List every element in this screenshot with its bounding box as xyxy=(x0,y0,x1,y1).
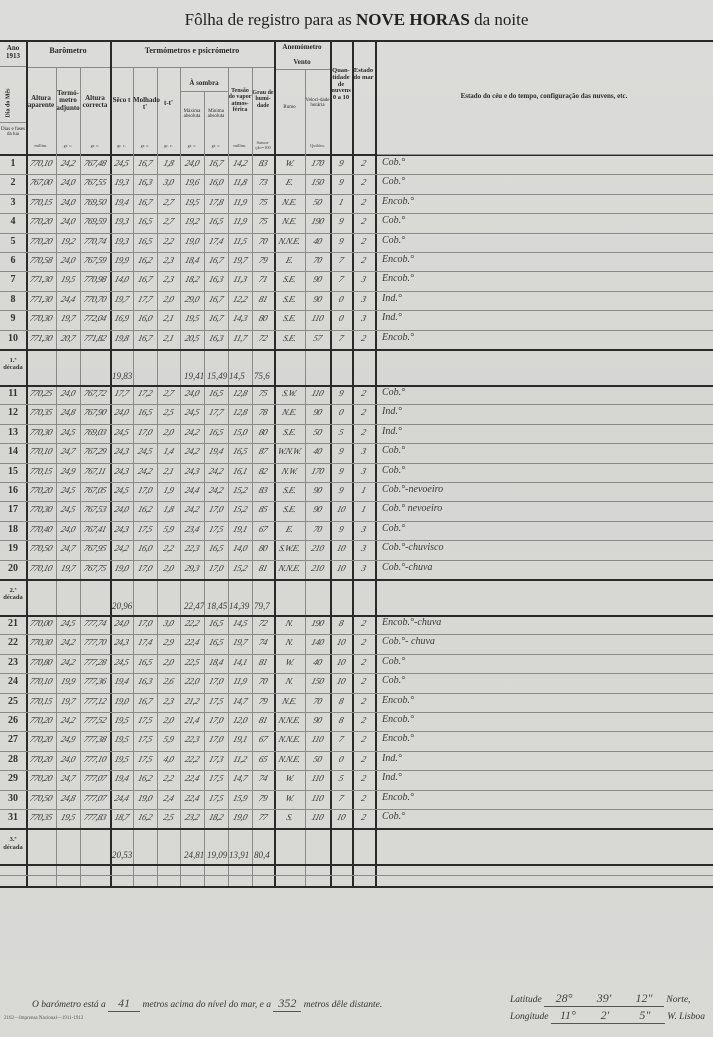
cell-aparente: 770,50 xyxy=(25,543,58,553)
sky-state-remark: Cob.° xyxy=(382,235,405,246)
cell-umidade: 80 xyxy=(251,427,276,437)
cell-max: 29,3 xyxy=(179,563,206,573)
cell-diff: 1,4 xyxy=(156,446,182,456)
cell-aparente: 770,30 xyxy=(25,427,58,437)
cell-rumo: N.N.E. xyxy=(273,236,307,246)
cell-nuvens: 9 xyxy=(329,216,354,226)
cell-umidade: 72 xyxy=(251,618,276,628)
cell-max: 24,0 xyxy=(179,388,206,398)
cell-adjunto: 24,0 xyxy=(55,524,82,534)
cell-min: 17,0 xyxy=(203,676,230,686)
corrected-height-heading: Altura correcta xyxy=(80,95,110,110)
cell-max: 23,4 xyxy=(179,524,206,534)
cell-min: 16,5 xyxy=(203,637,230,647)
cell-mar: 3 xyxy=(351,524,377,534)
cell-vel: 70 xyxy=(304,255,332,265)
cell-mar: 2 xyxy=(351,812,377,822)
cell-rumo: S.E. xyxy=(273,313,307,323)
cell-rumo: E. xyxy=(273,524,307,534)
decade-seco: 19,83 xyxy=(112,371,132,381)
cell-mar: 3 xyxy=(351,294,377,304)
cell-tensao: 12,2 xyxy=(227,294,254,304)
cell-diff: 2,6 xyxy=(156,676,182,686)
cell-umidade: 73 xyxy=(251,177,276,187)
cell-umidade: 75 xyxy=(251,197,276,207)
cell-diff: 2,9 xyxy=(156,637,182,647)
cell-nuvens: 7 xyxy=(329,274,354,284)
cell-min: 16,7 xyxy=(203,158,230,168)
cell-umidade: 67 xyxy=(251,734,276,744)
cell-max: 21,2 xyxy=(179,696,206,706)
cell-aparente: 770,10 xyxy=(25,676,58,686)
day-number: 31 xyxy=(0,812,26,823)
cell-mar: 2 xyxy=(351,793,377,803)
cell-seco: 19,8 xyxy=(109,333,135,343)
apparent-height-heading: Altura aparente xyxy=(26,95,56,110)
cell-adjunto: 24,8 xyxy=(55,793,82,803)
cell-diff: 2,0 xyxy=(156,657,182,667)
day-number: 8 xyxy=(0,294,26,305)
cell-rumo: W. xyxy=(273,793,307,803)
barometer-distance-value: 352 xyxy=(273,996,301,1012)
cell-molhado: 17,7 xyxy=(132,294,159,304)
cell-diff: 5,9 xyxy=(156,524,182,534)
cell-correcta: 777,12 xyxy=(79,696,112,706)
sky-state-remark: Ind.° xyxy=(382,772,402,783)
cell-molhado: 17,4 xyxy=(132,637,159,647)
cell-adjunto: 19,7 xyxy=(55,563,82,573)
cell-max: 20,5 xyxy=(179,333,206,343)
cell-vel: 110 xyxy=(304,734,332,744)
cell-mar: 3 xyxy=(351,274,377,284)
wind-speed-heading: Veloci-dade horária xyxy=(305,98,330,109)
cell-correcta: 767,29 xyxy=(79,446,112,456)
decade-tensao: 14,39 xyxy=(229,601,249,611)
decade-max: 19,41 xyxy=(184,371,204,381)
cell-max: 22,4 xyxy=(179,793,206,803)
cell-molhado: 16,2 xyxy=(132,504,159,514)
rule-line xyxy=(0,615,713,617)
cell-mar: 3 xyxy=(351,543,377,553)
cell-tensao: 14,0 xyxy=(227,543,254,553)
cell-vel: 50 xyxy=(304,197,332,207)
cell-tensao: 14,5 xyxy=(227,618,254,628)
cell-mar: 2 xyxy=(351,407,377,417)
cell-aparente: 770,15 xyxy=(25,466,58,476)
cell-rumo: N.E. xyxy=(273,696,307,706)
cell-max: 23,2 xyxy=(179,812,206,822)
anemometer-heading: Anemómetro xyxy=(274,44,330,51)
cell-min: 16,7 xyxy=(203,294,230,304)
cell-max: 19,5 xyxy=(179,313,206,323)
dry-bulb-heading: Sêco t xyxy=(110,97,133,104)
cell-nuvens: 10 xyxy=(329,637,354,647)
cell-min: 24,2 xyxy=(203,485,230,495)
cell-rumo: N. xyxy=(273,618,307,628)
cell-umidade: 79 xyxy=(251,255,276,265)
cell-molhado: 16,3 xyxy=(132,177,159,187)
cell-diff: 2,2 xyxy=(156,236,182,246)
cell-umidade: 85 xyxy=(251,504,276,514)
cell-correcta: 767,59 xyxy=(79,255,112,265)
cell-adjunto: 24,5 xyxy=(55,618,82,628)
cell-nuvens: 10 xyxy=(329,504,354,514)
rule-line xyxy=(0,385,713,387)
cell-tensao: 16,5 xyxy=(227,446,254,456)
cell-correcta: 767,05 xyxy=(79,485,112,495)
cell-mar: 2 xyxy=(351,637,377,647)
rule-line xyxy=(0,404,713,405)
cell-max: 22,5 xyxy=(179,657,206,667)
cell-seco: 24,0 xyxy=(109,618,135,628)
decade-label: 2.ª década xyxy=(0,587,26,601)
cell-min: 16,5 xyxy=(203,216,230,226)
rule-line xyxy=(274,69,330,70)
cell-min: 18,4 xyxy=(203,657,230,667)
day-number: 15 xyxy=(0,466,26,477)
cell-umidade: 78 xyxy=(251,407,276,417)
cell-tensao: 11,8 xyxy=(227,177,254,187)
day-number: 23 xyxy=(0,657,26,668)
cell-rumo: N. xyxy=(273,676,307,686)
cell-tensao: 12,8 xyxy=(227,388,254,398)
rule-line xyxy=(26,67,110,68)
cell-rumo: N.N.E. xyxy=(273,563,307,573)
cell-seco: 19,3 xyxy=(109,216,135,226)
moon-phase-label: Dias e fases da lua xyxy=(0,127,26,138)
cell-adjunto: 24,5 xyxy=(55,504,82,514)
cell-aparente: 770,20 xyxy=(25,754,58,764)
cell-adjunto: 24,8 xyxy=(55,407,82,417)
cell-min: 16,5 xyxy=(203,388,230,398)
rule-line xyxy=(0,501,713,502)
sky-state-remark: Ind.° xyxy=(382,312,402,323)
rule-line xyxy=(0,291,713,292)
cell-diff: 2,0 xyxy=(156,715,182,725)
decade-min: 18,45 xyxy=(207,601,227,611)
sky-state-remark: Encob.° xyxy=(382,714,414,725)
cell-umidade: 81 xyxy=(251,657,276,667)
cell-nuvens: 9 xyxy=(329,388,354,398)
day-number: 1 xyxy=(0,158,26,169)
cell-max: 24,2 xyxy=(179,427,206,437)
cell-min: 17,0 xyxy=(203,715,230,725)
sky-state-remark: Cob.° xyxy=(382,811,405,822)
cell-correcta: 769,50 xyxy=(79,197,112,207)
decade-tensao: 13,91 xyxy=(229,850,249,860)
cell-aparente: 770,15 xyxy=(25,197,58,207)
cell-seco: 17,7 xyxy=(109,388,135,398)
cell-adjunto: 24,7 xyxy=(55,543,82,553)
cell-aparente: 770,50 xyxy=(25,793,58,803)
day-number: 28 xyxy=(0,754,26,765)
cell-diff: 2,3 xyxy=(156,274,182,284)
latitude-line: Latitude 28°39'12" Norte, xyxy=(510,991,690,1007)
cell-correcta: 767,72 xyxy=(79,388,112,398)
cell-mar: 2 xyxy=(351,676,377,686)
cell-seco: 19,4 xyxy=(109,676,135,686)
cell-seco: 24,5 xyxy=(109,485,135,495)
attached-thermometer-heading: Termó-metro adjunto xyxy=(56,90,80,112)
cell-vel: 40 xyxy=(304,657,332,667)
cell-rumo: N.E. xyxy=(273,216,307,226)
cell-correcta: 777,10 xyxy=(79,754,112,764)
cell-nuvens: 0 xyxy=(329,313,354,323)
cell-aparente: 770,10 xyxy=(25,563,58,573)
sky-state-remark: Cob.° xyxy=(382,523,405,534)
rule-line xyxy=(0,463,713,464)
day-number: 12 xyxy=(0,407,26,418)
cell-diff: 2,5 xyxy=(156,407,182,417)
cell-molhado: 16,7 xyxy=(132,197,159,207)
sky-state-remark: Cob.°-nevoeiro xyxy=(382,484,443,495)
cell-adjunto: 24,5 xyxy=(55,485,82,495)
cell-rumo: N.E. xyxy=(273,197,307,207)
rule-line xyxy=(0,252,713,253)
cell-correcta: 767,90 xyxy=(79,407,112,417)
decade-tensao: 14,5 xyxy=(229,371,245,381)
decade-seco: 20,96 xyxy=(112,601,132,611)
cell-aparente: 767,00 xyxy=(25,177,58,187)
cell-tensao: 12,8 xyxy=(227,407,254,417)
cell-aparente: 770,20 xyxy=(25,236,58,246)
cell-vel: 210 xyxy=(304,543,332,553)
cell-tensao: 14,3 xyxy=(227,313,254,323)
rule-line xyxy=(0,693,713,694)
cell-rumo: S.W.E. xyxy=(273,543,307,553)
cell-tensao: 16,1 xyxy=(227,466,254,476)
cell-adjunto: 20,7 xyxy=(55,333,82,343)
cell-molhado: 24,2 xyxy=(132,466,159,476)
decade-label: 3.ª década xyxy=(0,836,26,850)
cell-nuvens: 9 xyxy=(329,236,354,246)
cell-diff: 2,2 xyxy=(156,773,182,783)
decade-umidade: 75,6 xyxy=(254,371,270,381)
cell-adjunto: 19,9 xyxy=(55,676,82,686)
cell-adjunto: 19,2 xyxy=(55,236,82,246)
cell-min: 17,3 xyxy=(203,754,230,764)
rule-line xyxy=(0,579,713,581)
barometer-note: O barómetro está a 41 metros acima do ní… xyxy=(32,996,382,1012)
cell-diff: 1,8 xyxy=(156,504,182,514)
cell-seco: 19,7 xyxy=(109,294,135,304)
cell-mar: 2 xyxy=(351,255,377,265)
wind-heading: Vento xyxy=(274,59,330,66)
cell-aparente: 770,30 xyxy=(25,637,58,647)
cell-molhado: 17,5 xyxy=(132,754,159,764)
cell-nuvens: 1 xyxy=(329,197,354,207)
rule-line xyxy=(0,654,713,655)
cell-nuvens: 5 xyxy=(329,773,354,783)
sky-state-remark: Encob.° xyxy=(382,273,414,284)
cell-tensao: 11,7 xyxy=(227,333,254,343)
cell-correcta: 777,70 xyxy=(79,637,112,647)
cell-correcta: 777,28 xyxy=(79,657,112,667)
cell-min: 17,7 xyxy=(203,407,230,417)
cell-adjunto: 24,2 xyxy=(55,637,82,647)
cell-correcta: 767,55 xyxy=(79,177,112,187)
day-number: 9 xyxy=(0,313,26,324)
cell-nuvens: 0 xyxy=(329,294,354,304)
cell-diff: 2,1 xyxy=(156,313,182,323)
cell-max: 24,2 xyxy=(179,504,206,514)
cell-molhado: 17,0 xyxy=(132,485,159,495)
cell-umidade: 75 xyxy=(251,216,276,226)
cell-seco: 19,4 xyxy=(109,773,135,783)
cell-molhado: 19,0 xyxy=(132,793,159,803)
cell-adjunto: 24,7 xyxy=(55,446,82,456)
day-number: 13 xyxy=(0,427,26,438)
cell-aparente: 771,30 xyxy=(25,274,58,284)
day-number: 29 xyxy=(0,773,26,784)
cell-rumo: N.N.E. xyxy=(273,715,307,725)
cell-correcta: 770,74 xyxy=(79,236,112,246)
thermometers-heading: Termómetros e psicrómetro xyxy=(110,47,274,55)
cell-adjunto: 24,7 xyxy=(55,773,82,783)
cell-umidade: 72 xyxy=(251,333,276,343)
cell-adjunto: 19,5 xyxy=(55,812,82,822)
cell-rumo: N.W. xyxy=(273,466,307,476)
cell-mar: 2 xyxy=(351,715,377,725)
rule-line xyxy=(0,271,713,272)
cell-umidade: 67 xyxy=(251,524,276,534)
cell-seco: 24,3 xyxy=(109,466,135,476)
cell-vel: 40 xyxy=(304,236,332,246)
cell-min: 16,5 xyxy=(203,618,230,628)
cell-nuvens: 10 xyxy=(329,657,354,667)
cell-nuvens: 9 xyxy=(329,485,354,495)
cell-nuvens: 7 xyxy=(329,734,354,744)
cell-diff: 2,4 xyxy=(156,793,182,803)
cell-tensao: 11,9 xyxy=(227,676,254,686)
cell-max: 22,4 xyxy=(179,637,206,647)
cell-rumo: S.E. xyxy=(273,333,307,343)
max-absolute-heading: Máxima absoluta xyxy=(180,109,204,120)
day-number: 30 xyxy=(0,793,26,804)
cell-seco: 16,9 xyxy=(109,313,135,323)
wet-bulb-heading: Molhado t' xyxy=(133,97,157,112)
cell-correcta: 767,53 xyxy=(79,504,112,514)
day-number: 10 xyxy=(0,333,26,344)
unit-corrected: gr. c. xyxy=(80,143,110,148)
cell-diff: 2,0 xyxy=(156,294,182,304)
cell-molhado: 24,5 xyxy=(132,446,159,456)
rule-line xyxy=(0,886,713,888)
cell-min: 24,2 xyxy=(203,466,230,476)
cell-aparente: 770,40 xyxy=(25,524,58,534)
page-title: Fôlha de registro para as NOVE HORAS da … xyxy=(0,10,713,30)
cell-diff: 2,3 xyxy=(156,696,182,706)
cell-adjunto: 24,2 xyxy=(55,715,82,725)
vapor-tension-heading: Tensão do vapor atmos-férica xyxy=(228,88,252,113)
cell-nuvens: 8 xyxy=(329,696,354,706)
cell-rumo: S.E. xyxy=(273,427,307,437)
cell-vel: 150 xyxy=(304,177,332,187)
sky-state-remark: Cob.° xyxy=(382,656,405,667)
rule-line xyxy=(0,174,713,175)
cell-mar: 1 xyxy=(351,485,377,495)
cell-mar: 3 xyxy=(351,563,377,573)
sky-state-remark: Cob.°- chuva xyxy=(382,636,435,647)
cell-diff: 2,5 xyxy=(156,812,182,822)
sky-state-remark: Cob.° xyxy=(382,675,405,686)
cell-molhado: 16,2 xyxy=(132,812,159,822)
cell-min: 17,0 xyxy=(203,734,230,744)
rule-line xyxy=(375,154,713,155)
min-absolute-heading: Mínima absoluta xyxy=(204,109,228,120)
sky-state-remark: Cob.° xyxy=(382,176,405,187)
cell-seco: 24,0 xyxy=(109,407,135,417)
cell-rumo: S.E. xyxy=(273,485,307,495)
unit-tension: millim. xyxy=(228,143,252,148)
cell-correcta: 769,59 xyxy=(79,216,112,226)
cell-rumo: E. xyxy=(273,177,307,187)
cell-diff: 2,0 xyxy=(156,563,182,573)
cell-vel: 190 xyxy=(304,216,332,226)
cell-aparente: 770,80 xyxy=(25,657,58,667)
cell-aparente: 770,58 xyxy=(25,255,58,265)
sky-state-remark: Ind.° xyxy=(382,406,402,417)
cell-min: 17,5 xyxy=(203,696,230,706)
cell-mar: 2 xyxy=(351,177,377,187)
cell-min: 17,4 xyxy=(203,236,230,246)
cell-molhado: 16,7 xyxy=(132,333,159,343)
cell-seco: 24,4 xyxy=(109,793,135,803)
cell-vel: 170 xyxy=(304,466,332,476)
cell-seco: 19,9 xyxy=(109,255,135,265)
cell-umidade: 80 xyxy=(251,313,276,323)
cell-rumo: E. xyxy=(273,255,307,265)
cell-molhado: 16,7 xyxy=(132,158,159,168)
cell-mar: 2 xyxy=(351,197,377,207)
cell-umidade: 79 xyxy=(251,793,276,803)
cell-max: 19,5 xyxy=(179,197,206,207)
cell-diff: 2,2 xyxy=(156,543,182,553)
cell-diff: 1,9 xyxy=(156,485,182,495)
cell-seco: 24,5 xyxy=(109,657,135,667)
cell-min: 16,7 xyxy=(203,313,230,323)
cell-aparente: 771,30 xyxy=(25,294,58,304)
cell-correcta: 777,36 xyxy=(79,676,112,686)
cell-seco: 19,5 xyxy=(109,715,135,725)
cell-umidade: 74 xyxy=(251,773,276,783)
cell-correcta: 767,48 xyxy=(79,158,112,168)
cell-molhado: 16,0 xyxy=(132,543,159,553)
cell-nuvens: 10 xyxy=(329,543,354,553)
cell-nuvens: 9 xyxy=(329,158,354,168)
cell-vel: 50 xyxy=(304,427,332,437)
cell-diff: 2,3 xyxy=(156,255,182,265)
unit-wet: gr. c. xyxy=(133,143,157,148)
rule-line xyxy=(0,349,713,351)
unit-min: gr. c. xyxy=(204,143,228,148)
cell-seco: 19,0 xyxy=(109,696,135,706)
barometer-heading: Barômetro xyxy=(26,47,110,55)
rule-line xyxy=(0,310,713,311)
cell-umidade: 74 xyxy=(251,637,276,647)
cell-nuvens: 7 xyxy=(329,333,354,343)
day-number: 19 xyxy=(0,543,26,554)
cell-vel: 110 xyxy=(304,388,332,398)
rule-line xyxy=(0,673,713,674)
day-number: 18 xyxy=(0,524,26,535)
sky-state-remark: Cob.° xyxy=(382,465,405,476)
cell-mar: 3 xyxy=(351,313,377,323)
cell-max: 19,6 xyxy=(179,177,206,187)
rule-line xyxy=(0,443,713,444)
cell-min: 16,3 xyxy=(203,274,230,284)
cell-correcta: 767,75 xyxy=(79,563,112,573)
